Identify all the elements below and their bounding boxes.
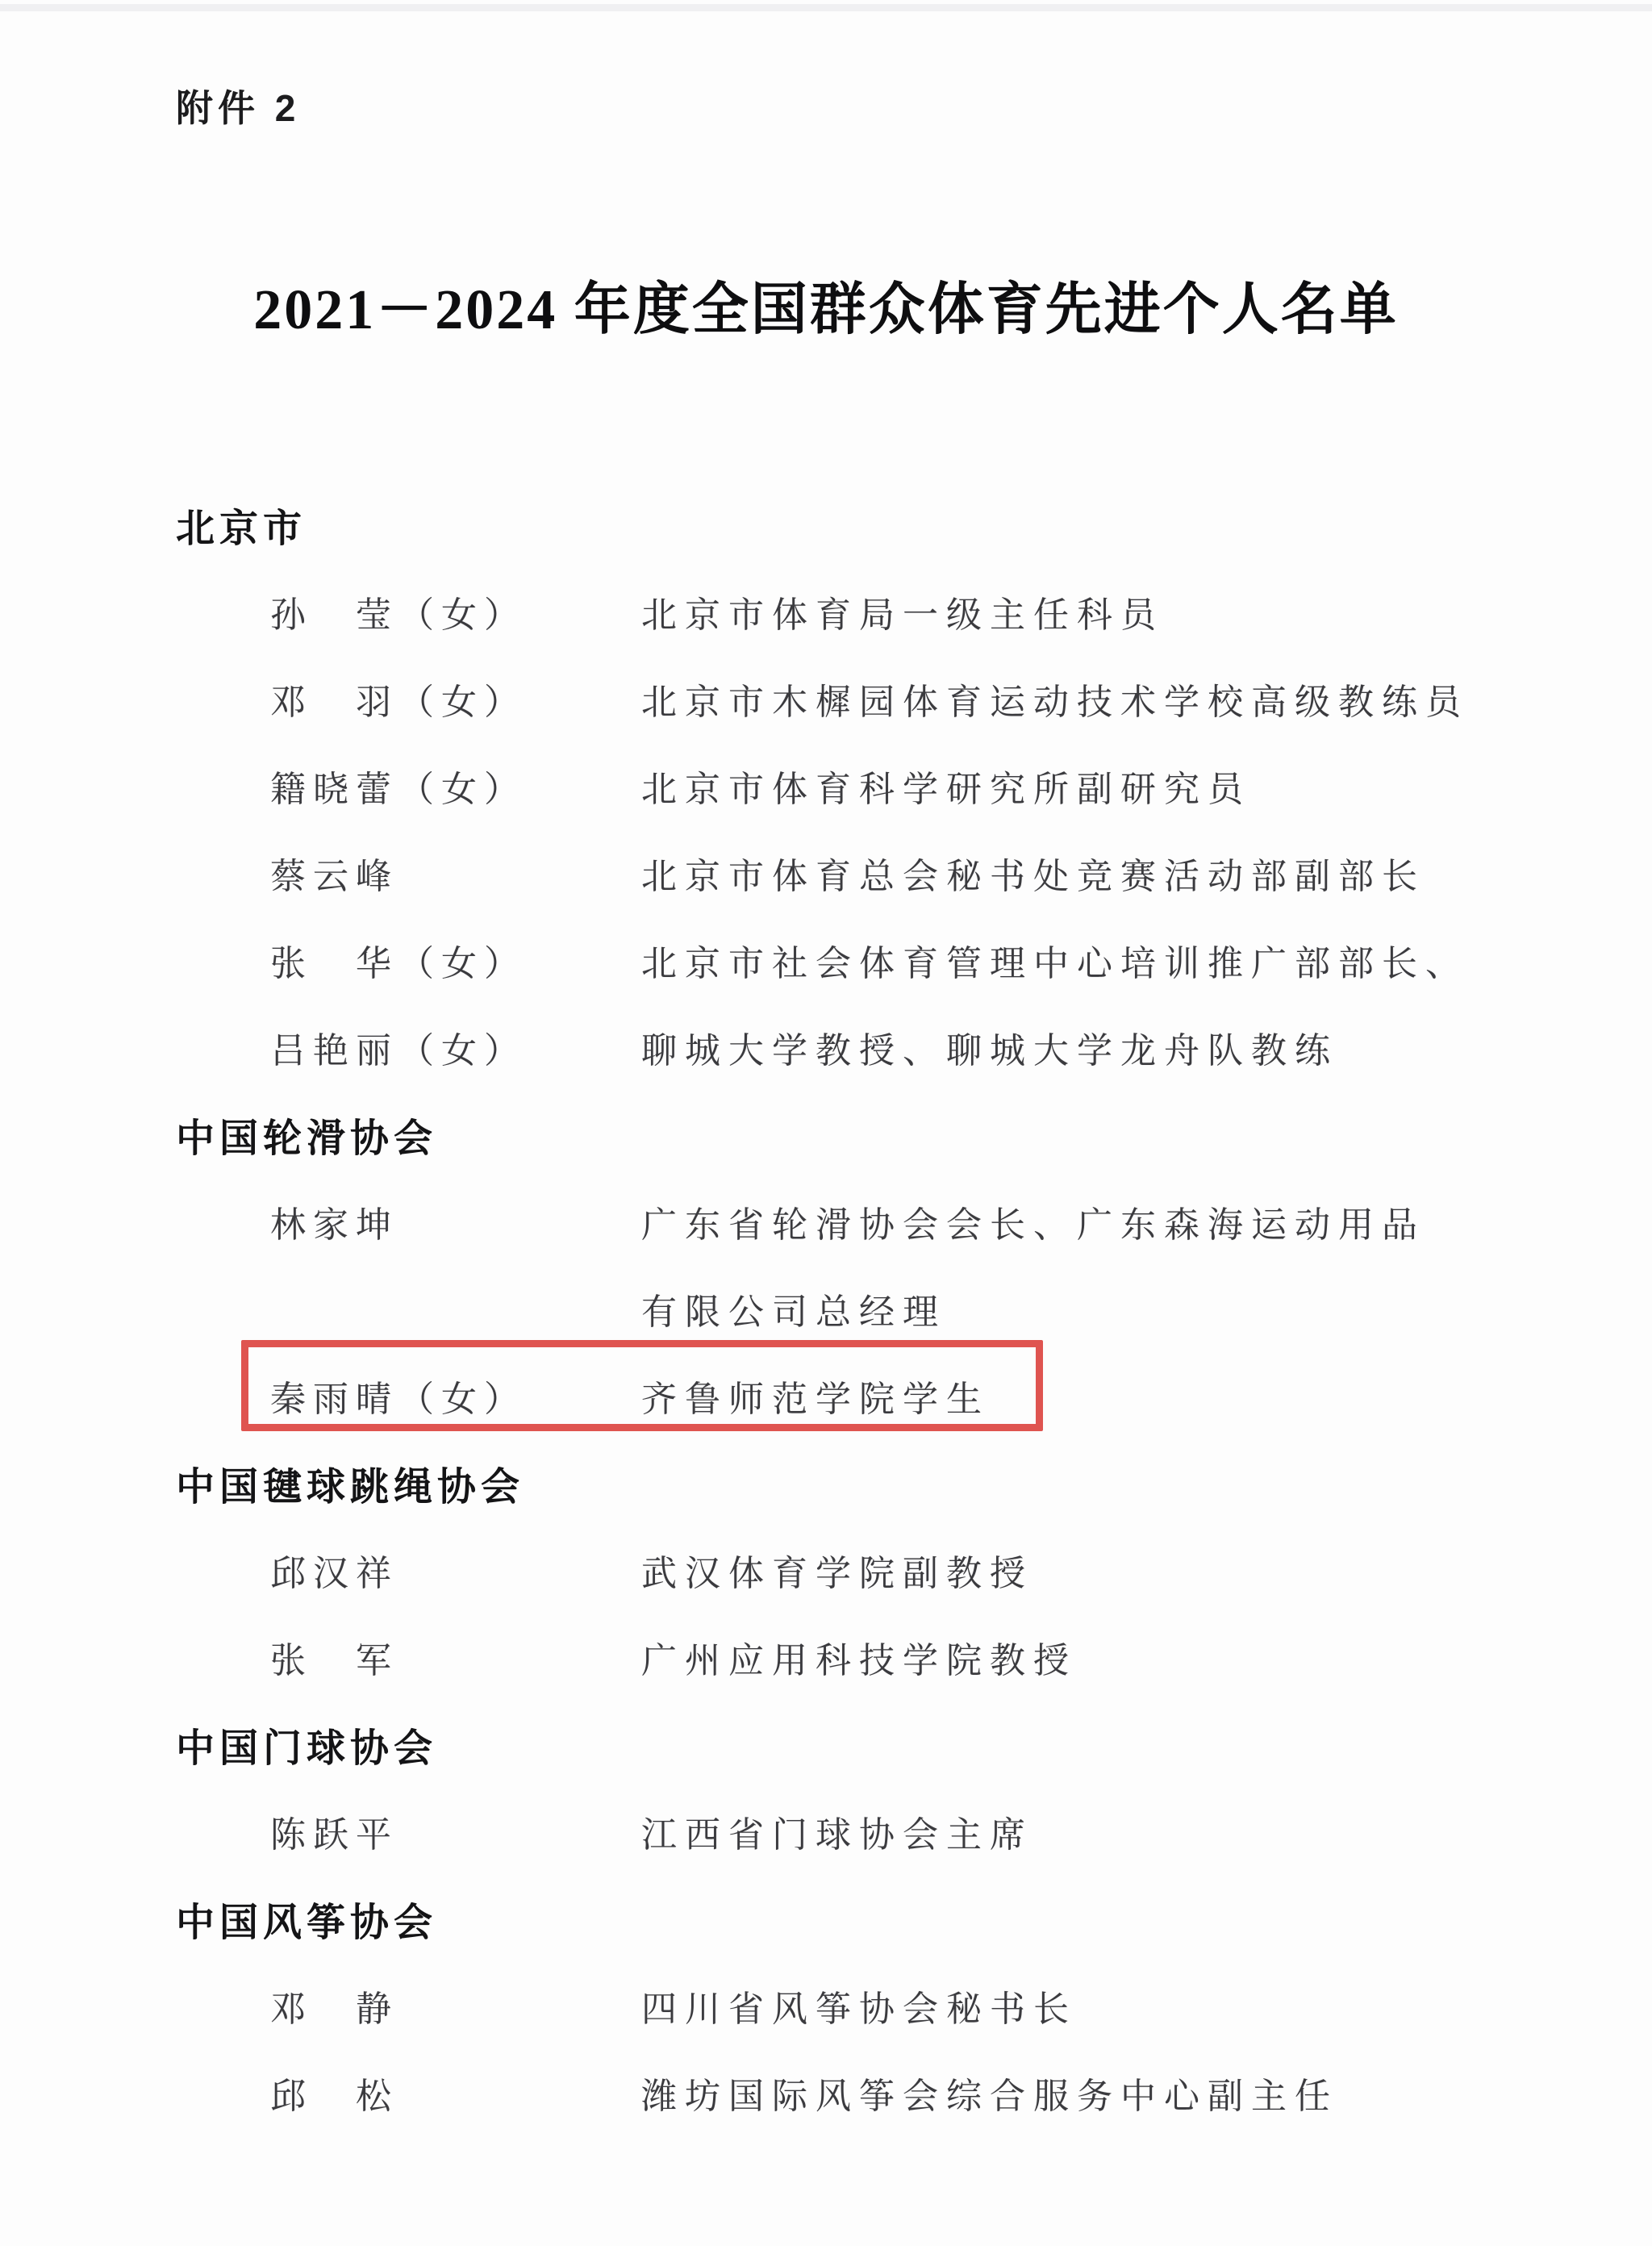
- entry-row: 孙 莹（女）北京市体育局一级主任科员: [0, 568, 1652, 655]
- section-header-label: 中国风筝协会: [176, 1891, 437, 1947]
- entry-position: 广东省轮滑协会会长、广东森海运动用品: [641, 1196, 1652, 1247]
- entry-name: 蔡云峰: [270, 847, 641, 899]
- section-header: 中国风筝协会: [0, 1875, 1652, 1962]
- attachment-label: 附件 2: [0, 0, 1652, 132]
- entry-position: 北京市木樨园体育运动技术学校高级教练员: [641, 673, 1652, 724]
- entry-position: 北京市社会体育管理中心培训推广部部长、: [641, 934, 1652, 986]
- entry-name: 邓 静: [270, 1980, 641, 2031]
- entry-row-continuation: 有限公司总经理: [0, 1265, 1652, 1352]
- entry-name: 邱 松: [270, 2067, 641, 2119]
- section-header-label: 中国门球协会: [176, 1717, 437, 1772]
- entry-row: 邱 松潍坊国际风筝会综合服务中心副主任: [0, 2049, 1652, 2136]
- entry-name: 邱汉祥: [270, 1544, 641, 1596]
- entry-position: 北京市体育局一级主任科员: [641, 586, 1652, 637]
- section-header: 中国毽球跳绳协会: [0, 1439, 1652, 1526]
- entry-name: 籍晓蕾（女）: [270, 760, 641, 812]
- section-header-label: 中国毽球跳绳协会: [176, 1455, 524, 1511]
- entry-row: 邱汉祥武汉体育学院副教授: [0, 1526, 1652, 1614]
- document-page: 附件 2 2021－2024 年度全国群众体育先进个人名单 北京市孙 莹（女）北…: [0, 0, 1652, 2246]
- entry-row: 吕艳丽（女）聊城大学教授、聊城大学龙舟队教练: [0, 1004, 1652, 1091]
- entry-position: 聊城大学教授、聊城大学龙舟队教练: [641, 1021, 1652, 1073]
- entry-position: 潍坊国际风筝会综合服务中心副主任: [641, 2067, 1652, 2119]
- entry-row: 张 军广州应用科技学院教授: [0, 1614, 1652, 1701]
- section-header: 北京市: [0, 481, 1652, 568]
- entry-row: 陈跃平江西省门球协会主席: [0, 1788, 1652, 1875]
- page-title: 2021－2024 年度全国群众体育先进个人名单: [0, 270, 1652, 351]
- entry-row: 张 华（女）北京市社会体育管理中心培训推广部部长、: [0, 916, 1652, 1004]
- section-header: 中国门球协会: [0, 1701, 1652, 1788]
- entry-name: 吕艳丽（女）: [270, 1021, 641, 1073]
- entry-position: 齐鲁师范学院学生: [641, 1370, 1652, 1421]
- section-header-label: 北京市: [176, 497, 307, 553]
- entry-name: 张 军: [270, 1631, 641, 1683]
- entry-position: 广州应用科技学院教授: [641, 1631, 1652, 1683]
- entry-position: 江西省门球协会主席: [641, 1806, 1652, 1857]
- entry-name: 陈跃平: [270, 1806, 641, 1857]
- entry-row: 林家坤广东省轮滑协会会长、广东森海运动用品: [0, 1178, 1652, 1265]
- entry-position: 有限公司总经理: [641, 1283, 1652, 1334]
- entry-name: 孙 莹（女）: [270, 586, 641, 637]
- entry-name: 秦雨晴（女）: [270, 1370, 641, 1421]
- entry-row: 籍晓蕾（女）北京市体育科学研究所副研究员: [0, 742, 1652, 829]
- section-header-label: 中国轮滑协会: [176, 1107, 437, 1163]
- entry-name: 林家坤: [270, 1196, 641, 1247]
- document-body: 北京市孙 莹（女）北京市体育局一级主任科员邓 羽（女）北京市木樨园体育运动技术学…: [0, 481, 1652, 2136]
- entry-name: 邓 羽（女）: [270, 673, 641, 724]
- entry-row: 邓 静四川省风筝协会秘书长: [0, 1962, 1652, 2049]
- section-header: 中国轮滑协会: [0, 1091, 1652, 1178]
- entry-position: 武汉体育学院副教授: [641, 1544, 1652, 1596]
- entry-position: 北京市体育总会秘书处竞赛活动部副部长: [641, 847, 1652, 899]
- entry-row: 邓 羽（女）北京市木樨园体育运动技术学校高级教练员: [0, 655, 1652, 742]
- entry-row: 蔡云峰北京市体育总会秘书处竞赛活动部副部长: [0, 829, 1652, 916]
- scan-edge-artifact: [0, 4, 1652, 11]
- entry-row: 秦雨晴（女）齐鲁师范学院学生: [0, 1352, 1652, 1439]
- entry-position: 四川省风筝协会秘书长: [641, 1980, 1652, 2031]
- entry-position: 北京市体育科学研究所副研究员: [641, 760, 1652, 812]
- entry-name: 张 华（女）: [270, 934, 641, 986]
